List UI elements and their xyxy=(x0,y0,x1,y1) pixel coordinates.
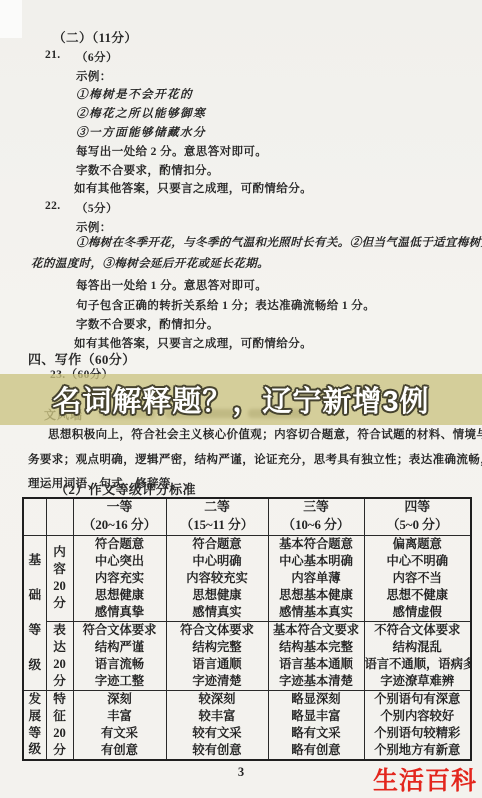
grade-3-label: 三等 xyxy=(269,499,364,517)
expression-grade-2-cell: 符合文体要求结构完整语言通顺字迹清楚 xyxy=(166,621,268,690)
q22-rule-2: 句子包含正确的转折关系给 1 分；表达准确流畅给 1 分。 xyxy=(76,297,375,313)
grade-4-range: （5~0 分） xyxy=(365,517,471,535)
q21-score: （6分） xyxy=(76,49,118,65)
q21-answer-3: ③一方面能够储藏水分 xyxy=(76,124,206,140)
q21-answer-2: ②梅花之所以能够御寒 xyxy=(76,105,206,121)
content-grade-2-cell: 符合题意中心明确内容较充实思想健康感情真实 xyxy=(166,535,268,621)
q21-rule-2: 字数不合要求，酌情扣分。 xyxy=(76,162,219,178)
expression-grade-4-cell: 不符合文体要求结构混乱语言不通顺，语病多字迹潦草难辨 xyxy=(364,621,471,690)
grade-1-range: （20~16 分） xyxy=(74,517,166,535)
table-row: 发展等级 特征20分 深刻丰富有文采有创意 较深刻较丰富较有文采较有创意 略显深… xyxy=(23,690,471,760)
essay-rubric-table: 一等 （20~16 分） 二等 （15~11 分） 三等 （10~6 分） 四等… xyxy=(22,497,472,761)
grade-4-label: 四等 xyxy=(365,499,471,517)
feature-grade-3-cell: 略显深刻略显丰富略有文采略有创意 xyxy=(268,690,364,760)
rubric-group-basic-level: 基础等级 xyxy=(23,535,46,690)
grade-2-label: 二等 xyxy=(167,499,268,517)
q21-rule-3: 如有其他答案，只要言之成理，可酌情给分。 xyxy=(74,180,312,196)
table-row: 表达20分 符合文体要求结构严谨语言流畅字迹工整 符合文体要求结构完整语言通顺字… xyxy=(23,621,471,690)
scanned-answer-key-page: （二）（11分） 21. （6分） 示例： ①梅树是不会开花的 ②梅花之所以能够… xyxy=(0,0,482,798)
q22-number: 22. xyxy=(45,200,61,212)
scan-artifact xyxy=(0,0,22,38)
table-row: 基础等级 内容20分 符合题意中心突出内容充实思想健康感情真挚 符合题意中心明确… xyxy=(23,535,471,621)
expression-grade-1-cell: 符合文体要求结构严谨语言流畅字迹工整 xyxy=(73,621,166,690)
rubric-header-grade-4: 四等 （5~0 分） xyxy=(364,498,471,535)
rubric-table-title: （2）作文等级评分标准 xyxy=(55,479,196,498)
grade-1-label: 一等 xyxy=(74,499,166,517)
brand-watermark: 生活百科 xyxy=(373,761,477,797)
rubric-row-label-content: 内容20分 xyxy=(46,535,73,621)
q22-rule-3: 字数不合要求，酌情扣分。 xyxy=(76,316,219,332)
rubric-row-label-feature: 特征20分 xyxy=(46,690,73,760)
grade-2-range: （15~11 分） xyxy=(167,517,268,535)
grade-3-range: （10~6 分） xyxy=(269,517,364,535)
feature-grade-2-cell: 较深刻较丰富较有文采较有创意 xyxy=(166,690,268,760)
rubric-header-grade-3: 三等 （10~6 分） xyxy=(268,498,364,535)
content-grade-1-cell: 符合题意中心突出内容充实思想健康感情真挚 xyxy=(73,535,166,621)
rubric-blank-corner xyxy=(46,498,73,535)
q21-number: 21. xyxy=(45,49,61,61)
q21-example-label: 示例： xyxy=(76,68,112,84)
rubric-row-label-expression: 表达20分 xyxy=(46,621,73,690)
rubric-header-grade-1: 一等 （20~16 分） xyxy=(73,498,166,535)
news-overlay-banner: 名词解释题？，辽宁新增3例 xyxy=(0,374,482,425)
q22-rule-1: 每答出一处给 1 分。意思答对即可。 xyxy=(76,277,267,293)
q22-score: （5分） xyxy=(76,200,118,216)
feature-grade-1-cell: 深刻丰富有文采有创意 xyxy=(73,690,166,760)
content-grade-3-cell: 基本符合题意中心基本明确内容单薄思想基本健康感情基本真实 xyxy=(268,535,364,621)
q21-rule-1: 每写出一处给 2 分。意思答对即可。 xyxy=(76,143,267,159)
feature-grade-4-cell: 个别语句有深意个别内容较好个别语句较精彩个别地方有新意 xyxy=(364,690,471,760)
section-2-header: （二）（11分） xyxy=(53,27,137,46)
rubric-group-development-level: 发展等级 xyxy=(23,690,46,760)
rubric-blank-corner xyxy=(23,498,46,535)
rubric-header-grade-2: 二等 （15~11 分） xyxy=(166,498,268,535)
q22-answer: ①梅树在冬季开花，与冬季的气温和光照时长有关。②但当气温低于适宜梅树开花的温度时… xyxy=(31,233,482,275)
q21-answer-1: ①梅树是不会开花的 xyxy=(76,86,193,102)
content-grade-4-cell: 偏离题意中心不明确内容不当思想不健康感情虚假 xyxy=(364,535,471,621)
expression-grade-3-cell: 基本符合文要求结构基本完整语言基本通顺字迹基本清楚 xyxy=(268,621,364,690)
overlay-headline: 名词解释题？，辽宁新增3例 xyxy=(52,379,429,420)
